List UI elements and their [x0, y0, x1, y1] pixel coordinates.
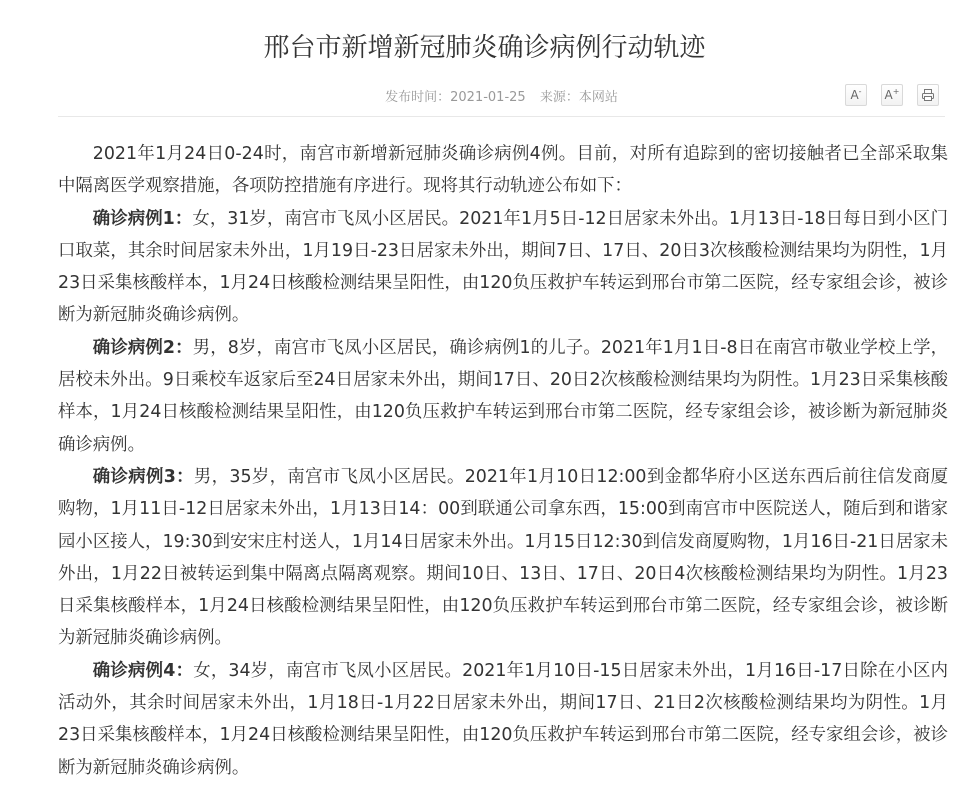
font-increase-icon: A+	[885, 88, 900, 102]
case-label: 确诊病例3：	[93, 467, 194, 487]
case-label: 确诊病例2：	[93, 338, 193, 358]
font-increase-button[interactable]: A+	[881, 84, 903, 106]
header-divider	[58, 116, 945, 117]
case-paragraph-1: 确诊病例1：女，31岁，南宫市飞凤小区居民。2021年1月5日-12日居家未外出…	[58, 203, 948, 332]
publish-label: 发布时间：	[385, 90, 450, 105]
font-decrease-button[interactable]: A-	[845, 84, 867, 106]
publish-info: 发布时间：2021-01-25	[385, 90, 526, 105]
article-body: 2021年1月24日0-24时，南宫市新增新冠肺炎确诊病例4例。目前，对所有追踪…	[58, 138, 948, 784]
case-label: 确诊病例4：	[93, 661, 193, 681]
meta-info: 发布时间：2021-01-25 来源：本网站	[58, 88, 945, 108]
article-tools: A- A+	[845, 84, 939, 106]
article-title: 邢台市新增新冠肺炎确诊病例行动轨迹	[0, 28, 969, 68]
case-paragraph-4: 确诊病例4：女，34岁，南宫市飞凤小区居民。2021年1月10日-15日居家未外…	[58, 655, 948, 784]
article-meta: 发布时间：2021-01-25 来源：本网站 A- A+	[58, 84, 945, 112]
print-icon	[921, 88, 935, 102]
case-text: 女，31岁，南宫市飞凤小区居民。2021年1月5日-12日居家未外出。1月13日…	[58, 209, 948, 326]
case-label: 确诊病例1：	[93, 209, 193, 229]
font-decrease-icon: A-	[850, 88, 861, 102]
case-text: 男，35岁，南宫市飞凤小区居民。2021年1月10日12:00到金都华府小区送东…	[58, 467, 948, 648]
source-label: 来源：	[540, 90, 579, 105]
publish-date: 2021-01-25	[450, 90, 526, 105]
case-paragraph-3: 确诊病例3：男，35岁，南宫市飞凤小区居民。2021年1月10日12:00到金都…	[58, 461, 948, 655]
intro-paragraph: 2021年1月24日0-24时，南宫市新增新冠肺炎确诊病例4例。目前，对所有追踪…	[58, 138, 948, 203]
source-value: 本网站	[579, 90, 618, 105]
case-paragraph-2: 确诊病例2：男，8岁，南宫市飞凤小区居民，确诊病例1的儿子。2021年1月1日-…	[58, 332, 948, 461]
print-button[interactable]	[917, 84, 939, 106]
article-page: 邢台市新增新冠肺炎确诊病例行动轨迹 发布时间：2021-01-25 来源：本网站…	[0, 0, 969, 797]
source-info: 来源：本网站	[540, 90, 618, 105]
